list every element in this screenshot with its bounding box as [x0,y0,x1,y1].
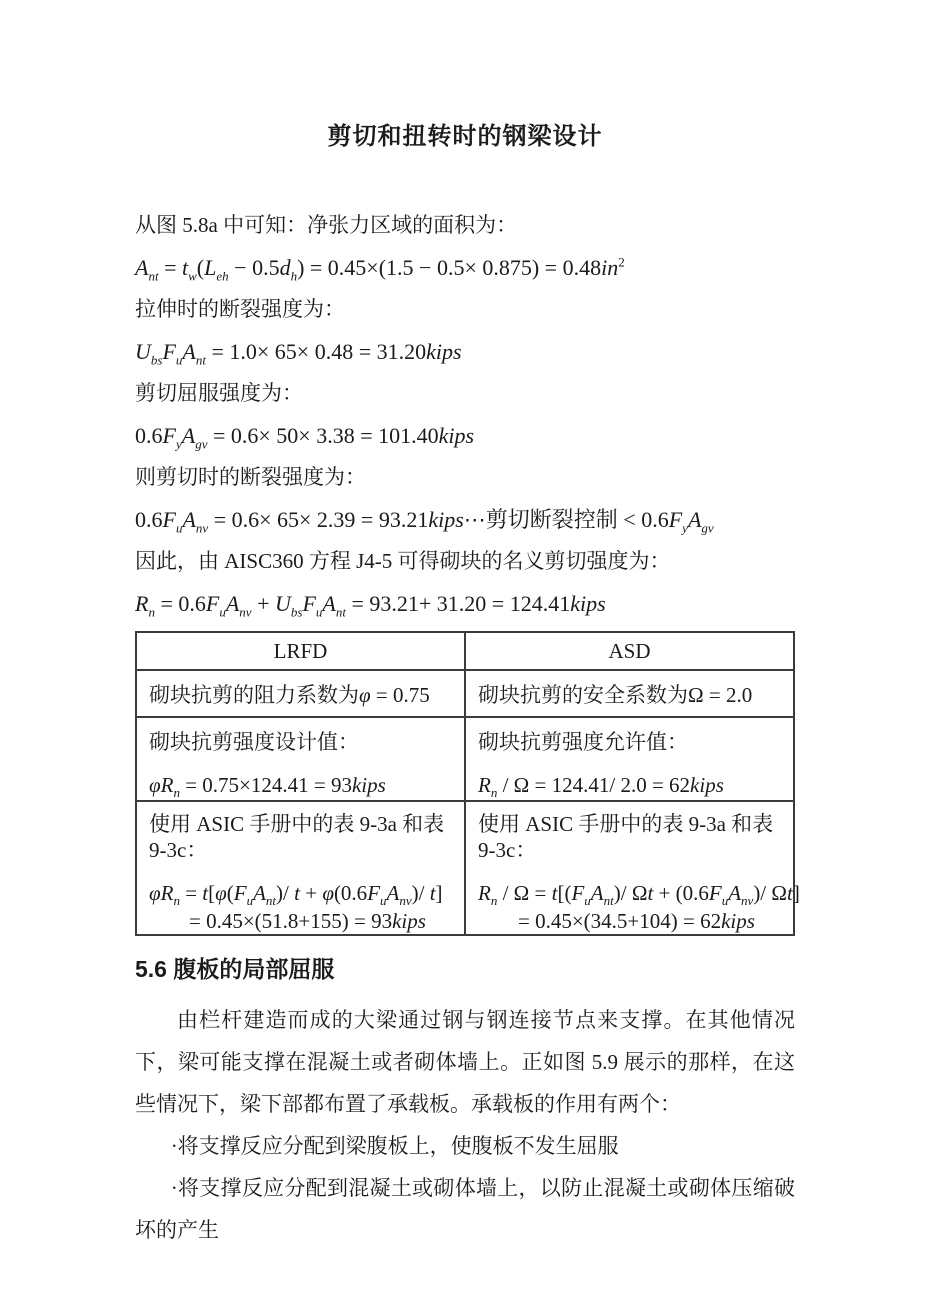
formula-shear-rupture: 0.6FuAnv = 0.6× 65× 2.39 = 93.21kips⋯剪切断… [135,505,795,534]
cell-formula: Rn / Ω = t[(FuAnt)/ Ωt + (0.6FuAnv)/ Ωt] [478,880,781,906]
lrfd-asd-comparison-table: LRFD ASD 砌块抗剪的阻力系数为φ = 0.75 砌块抗剪的安全系数为Ω … [135,631,795,936]
document-page: 剪切和扭转时的钢梁设计 从图 5.8a 中可知：净张力区域的面积为： Ant =… [0,0,926,1309]
formula-shear-yield: 0.6FyAgv = 0.6× 50× 3.38 = 101.40kips [135,421,795,450]
cell-label: 使用 ASIC 手册中的表 9-3a 和表 9-3c： [478,811,781,863]
table-row: 使用 ASIC 手册中的表 9-3a 和表 9-3c： φRn = t[φ(Fu… [136,801,794,935]
bullet-item-web-yielding: ·将支撑反应分配到梁腹板上，使腹板不发生屈服 [135,1125,795,1167]
cell-formula: Rn / Ω = 124.41/ 2.0 = 62kips [478,772,781,798]
cell-text: 砌块抗剪的安全系数为Ω = 2.0 [478,683,752,707]
formula-nominal-shear-strength: Rn = 0.6FuAnv + UbsFuAnt = 93.21+ 31.20 … [135,589,795,618]
paragraph-nominal-shear-strength: 因此，由 AISC360 方程 J4-5 可得砌块的名义剪切强度为： [135,547,795,576]
paragraph-net-tension-area: 从图 5.8a 中可知：净张力区域的面积为： [135,211,795,240]
paragraph-shear-yield: 剪切屈服强度为： [135,379,795,408]
table-row: 砌块抗剪强度设计值： φRn = 0.75×124.41 = 93kips 砌块… [136,717,794,801]
formula-net-tension-area: Ant = tw(Leh − 0.5dh) = 0.45×(1.5 − 0.5×… [135,253,795,282]
cell-asd-manual-tables: 使用 ASIC 手册中的表 9-3a 和表 9-3c： Rn / Ω = t[(… [465,801,794,935]
cell-lrfd-manual-tables: 使用 ASIC 手册中的表 9-3a 和表 9-3c： φRn = t[φ(Fu… [136,801,465,935]
cell-formula: φRn = 0.75×124.41 = 93kips [149,772,452,798]
table-header-row: LRFD ASD [136,632,794,670]
paragraph-tension-rupture: 拉伸时的断裂强度为： [135,295,795,324]
cell-asd-allowable-strength: 砌块抗剪强度允许值： Rn / Ω = 124.41/ 2.0 = 62kips [465,717,794,801]
table-row: 砌块抗剪的阻力系数为φ = 0.75 砌块抗剪的安全系数为Ω = 2.0 [136,670,794,717]
cell-label: 使用 ASIC 手册中的表 9-3a 和表 9-3c： [149,811,452,863]
table-header-asd: ASD [465,632,794,670]
cell-label: 砌块抗剪强度设计值： [149,729,452,755]
document-title: 剪切和扭转时的钢梁设计 [135,0,795,152]
bullet-item-concrete-crushing: ·将支撑反应分配到混凝土或砌体墙上，以防止混凝土或砌体压缩破坏的产生 [135,1167,795,1251]
section-heading-5-6: 5.6 腹板的局部屈服 [135,955,795,983]
cell-formula: φRn = t[φ(FuAnt)/ t + φ(0.6FuAnv)/ t] [149,880,452,906]
cell-lrfd-design-strength: 砌块抗剪强度设计值： φRn = 0.75×124.41 = 93kips [136,717,465,801]
cell-asd-safety-factor: 砌块抗剪的安全系数为Ω = 2.0 [465,670,794,717]
formula-tension-rupture: UbsFuAnt = 1.0× 65× 0.48 = 31.20kips [135,337,795,366]
cell-lrfd-resistance-factor: 砌块抗剪的阻力系数为φ = 0.75 [136,670,465,717]
section-paragraph: 由栏杆建造而成的大梁通过钢与钢连接节点来支撑。在其他情况下，梁可能支撑在混凝土或… [135,999,795,1125]
cell-formula-continued: = 0.45×(34.5+104) = 62kips [478,908,781,934]
cell-formula-continued: = 0.45×(51.8+155) = 93kips [149,908,452,934]
cell-text: 砌块抗剪的阻力系数为φ = 0.75 [149,683,430,707]
cell-label: 砌块抗剪强度允许值： [478,729,781,755]
table-header-lrfd: LRFD [136,632,465,670]
paragraph-shear-rupture: 则剪切时的断裂强度为： [135,463,795,492]
